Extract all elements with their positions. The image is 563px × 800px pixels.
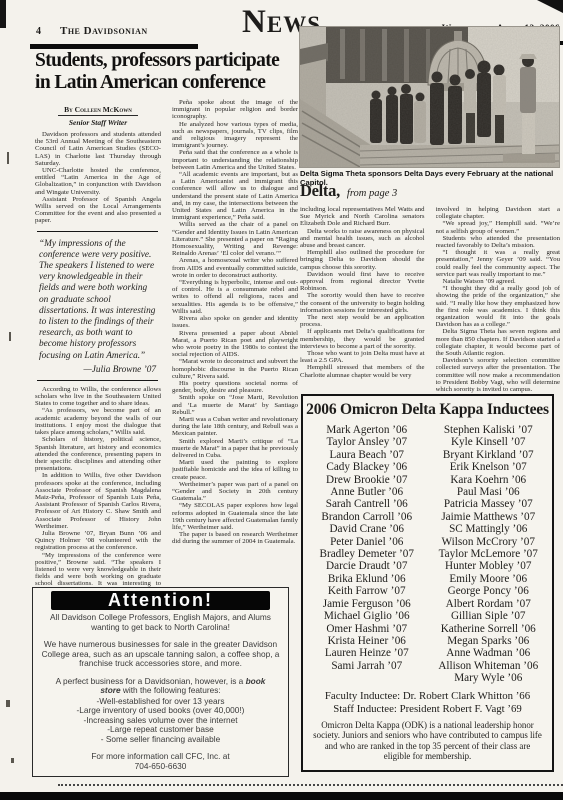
- inductee-name: Bradley Demeter ’07: [306, 548, 428, 560]
- paragraph: Peña said that the conference as a whole…: [172, 149, 298, 171]
- ad-contact: For more information call CFC, Inc. at 7…: [33, 752, 288, 771]
- capitol-photo-graphic: [300, 27, 559, 167]
- ad-feature-list: -Well-established for over 13 years-Larg…: [33, 697, 288, 745]
- paragraph: Scholars of history, political science, …: [35, 436, 161, 472]
- pull-quote-attribution: —Julia Browne ’07: [39, 365, 156, 375]
- paragraph: Natalie Watson ’09 agreed.: [436, 278, 561, 285]
- inductee-name: George Poncy ’06: [428, 585, 550, 597]
- ad-banner: Attention!: [51, 591, 270, 610]
- inductee-name: Emily Moore ’06: [428, 573, 550, 585]
- paragraph: “I thought it was a really great present…: [436, 249, 561, 278]
- paragraph: Delta Sigma Theta has seven regions and …: [436, 328, 561, 357]
- inductee-name: Taylor McLemore ’07: [428, 548, 550, 560]
- paragraph: Marti used the painting to explore justi…: [172, 459, 298, 481]
- scan-artifact: [0, 0, 6, 28]
- paragraph: The paper is based on research Wertheime…: [172, 531, 298, 545]
- inductee-name: Jaimie Matthews ’07: [428, 511, 550, 523]
- article-column-2: Peña spoke about the image of the immigr…: [172, 99, 298, 604]
- paragraph: Marti was a Cuban writer and revolutiona…: [172, 416, 298, 438]
- odk-names-right: Stephen Kaliski ’07Kyle Kinsell ’07Bryan…: [428, 424, 550, 685]
- paragraph: involved in helping Davidson start a col…: [436, 206, 561, 220]
- inductee-name: Krista Heiner ’06: [306, 635, 428, 647]
- ad-bookstore-suffix: with the following features:: [121, 685, 221, 695]
- inductee-name: Anne Wadman ’06: [428, 647, 550, 659]
- inductee-name: Patricia Massey ’07: [428, 498, 550, 510]
- delta-column-1: including local representatives Mel Watt…: [300, 206, 425, 403]
- paragraph: Davidson would first have to receive app…: [300, 271, 425, 293]
- inductee-name: Taylor Ansley ’07: [306, 436, 428, 448]
- paragraph: “As professors, we become part of an aca…: [35, 407, 161, 436]
- paragraph: The sorority would then have to receive …: [300, 292, 425, 314]
- paragraph: Assistant Professor of Spanish Angela Wi…: [35, 196, 161, 225]
- inductee-name: Lauren Heinze ’07: [306, 647, 428, 659]
- delta-heading-word: Delta,: [300, 181, 340, 200]
- inductee-name: Peter Daniel ’06: [306, 536, 428, 548]
- inductee-name: Sarah Cantrell ’06: [306, 498, 428, 510]
- inductee-name: Albert Rordam ’07: [428, 598, 550, 610]
- scan-artifact: [6, 700, 10, 707]
- odk-faculty-inductee: Faculty Inductee: Dr. Robert Clark Whitt…: [306, 690, 549, 703]
- inductee-name: Hunter Mobley ’07: [428, 560, 550, 572]
- paragraph: Rivera presented a paper about Abniel Ma…: [172, 330, 298, 359]
- paragraph: “Marat wrote to deconstruct and subvert …: [172, 358, 298, 380]
- inductee-name: Mary Wyle ’06: [428, 672, 550, 684]
- paragraph: He analyzed how various types of media, …: [172, 121, 298, 150]
- article-latin-american-conference: Students, professors participate in Lati…: [35, 50, 298, 604]
- paragraph: “I thought they did a really good job of…: [436, 285, 561, 328]
- inductee-name: Sami Jarrah ’07: [306, 660, 428, 672]
- paragraph: If applicants met Delta’s qualifications…: [300, 328, 425, 350]
- inductee-name: Kyle Kinsell ’07: [428, 436, 550, 448]
- paragraph: UNC-Charlotte hosted the conference, ent…: [35, 167, 161, 196]
- ad-bookstore-prefix: A perfect business for a Davidsonian, ho…: [56, 676, 246, 686]
- paragraph: Wertheimer’s paper was part of a panel o…: [172, 481, 298, 503]
- paragraph: Willis served as the chair of a panel on…: [172, 221, 298, 257]
- inductee-name: Megan Sparks ’06: [428, 635, 550, 647]
- column-1-intro: Davidson professors and students attende…: [35, 131, 161, 225]
- paragraph: “We spread joy,” Hemphill said. “We’re n…: [436, 220, 561, 234]
- inductee-name: Erik Knelson ’07: [428, 461, 550, 473]
- ad-intro: All Davidson College Professors, English…: [43, 613, 278, 632]
- ad-paragraph-bookstore: A perfect business for a Davidsonian, ho…: [47, 677, 274, 696]
- delta-column-2: involved in helping Davidson start a col…: [436, 206, 561, 403]
- scan-artifact: [7, 152, 9, 164]
- inductee-name: Anne Butler ’06: [306, 486, 428, 498]
- bottom-rule: [0, 792, 563, 800]
- scan-artifact: [11, 758, 14, 763]
- paragraph: Peña spoke about the image of the immigr…: [172, 99, 298, 121]
- inductee-name: Wilson McCrory ’07: [428, 536, 550, 548]
- inductee-name: Gillian Siple ’07: [428, 610, 550, 622]
- inductee-name: Stephen Kaliski ’07: [428, 424, 550, 436]
- paragraph: According to Willis, the conference allo…: [35, 386, 161, 408]
- inductee-name: Laura Beach ’07: [306, 449, 428, 461]
- header-rule-left: [30, 44, 198, 49]
- dotted-divider: [58, 784, 563, 786]
- inductee-name: Paul Masi ’06: [428, 486, 550, 498]
- paragraph: Arenas, a homosexual writer who suffered…: [172, 257, 298, 279]
- inductee-name: Michael Giglio ’06: [306, 610, 428, 622]
- article-delta: Delta, from page 3 including local repre…: [300, 181, 560, 403]
- byline: By Colleen McKown Senior Staff Writer: [35, 99, 161, 127]
- bookstore-ad: Attention! All Davidson College Professo…: [32, 587, 289, 777]
- paragraph: “Everything is hyperbolic, intense and o…: [172, 279, 298, 315]
- inductee-name: Brika Eklund ’06: [306, 573, 428, 585]
- paragraph: His poetry questions societal norms of g…: [172, 380, 298, 394]
- paragraph: Hemphill also outlined the procedure for…: [300, 249, 425, 271]
- pull-quote: “My impressions of the conference were v…: [37, 231, 158, 381]
- byline-author: By Colleen McKown: [58, 105, 138, 116]
- ad-paragraph-businesses: We have numerous businesses for sale in …: [41, 640, 280, 669]
- paragraph: Delta works to raise awareness on physic…: [300, 228, 425, 250]
- odk-inductees-box: 2006 Omicron Delta Kappa Inductees Mark …: [301, 394, 554, 772]
- delta-heading-jumpline: from page 3: [347, 188, 397, 199]
- pull-quote-text: “My impressions of the conference were v…: [39, 239, 156, 362]
- paragraph: Rivera also spoke on gender and identity…: [172, 315, 298, 329]
- paragraph: The next step would be an application pr…: [300, 314, 425, 328]
- paragraph: Davidson’s sorority selection committee …: [436, 357, 561, 393]
- inductee-name: Kara Koehrn ’06: [428, 474, 550, 486]
- inductee-name: Omer Hashmi ’07: [306, 623, 428, 635]
- scan-artifact: [9, 332, 11, 341]
- odk-name-columns: Mark Agerton ’06Taylor Ansley ’07Laura B…: [306, 424, 549, 685]
- inductee-name: Katherine Sorrell ’06: [428, 623, 550, 635]
- odk-staff-inductee: Staff Inductee: President Robert F. Vagt…: [306, 703, 549, 716]
- odk-title: 2006 Omicron Delta Kappa Inductees: [306, 401, 549, 419]
- byline-title: Senior Staff Writer: [35, 118, 161, 127]
- odk-description: Omicron Delta Kappa (ODK) is a national …: [306, 720, 549, 762]
- inductee-name: Brandon Carroll ’06: [306, 511, 428, 523]
- paragraph: Smith spoke on “Jose Marti, Revolution a…: [172, 394, 298, 416]
- inductee-name: Allison Whiteman ’06: [428, 660, 550, 672]
- column-1-rest: According to Willis, the conference allo…: [35, 386, 161, 604]
- paragraph: Those who want to join Delta must have a…: [300, 350, 425, 364]
- inductee-name: Drew Brookie ’07: [306, 474, 428, 486]
- inductee-name: Mark Agerton ’06: [306, 424, 428, 436]
- inductee-name: SC Mattingly ’06: [428, 523, 550, 535]
- delta-heading: Delta, from page 3: [300, 181, 560, 201]
- inductee-name: Keith Farrow ’07: [306, 585, 428, 597]
- paragraph: Julia Browne ’07, Bryan Bunn ’06 and Qui…: [35, 530, 161, 552]
- inductee-name: David Crane ’06: [306, 523, 428, 535]
- paragraph: “My SECOLAS paper explores how legal ref…: [172, 502, 298, 531]
- paragraph: In addition to Willis, five other Davids…: [35, 472, 161, 530]
- inductee-name: Jamie Ferguson ’06: [306, 598, 428, 610]
- paragraph: Students who attended the presentation r…: [436, 235, 561, 249]
- paragraph: Smith explored Marti’s critique of “La m…: [172, 438, 298, 460]
- ad-phone-number: 704-650-6630: [33, 762, 288, 772]
- inductee-name: Cady Blackey ’06: [306, 461, 428, 473]
- paragraph: Davidson professors and students attende…: [35, 131, 161, 167]
- ad-feature: - Some seller financing available: [33, 735, 288, 745]
- article-column-1: By Colleen McKown Senior Staff Writer Da…: [35, 99, 161, 604]
- paragraph: “All academic events are important, but …: [172, 171, 298, 221]
- inductee-name: Darcie Draudt ’07: [306, 560, 428, 572]
- paragraph: including local representatives Mel Watt…: [300, 206, 425, 228]
- article-headline: Students, professors participate in Lati…: [35, 50, 298, 94]
- headline-line-1: Students, professors participate: [35, 50, 298, 72]
- inductee-name: Bryant Kirkland ’07: [428, 449, 550, 461]
- capitol-photo: [300, 27, 559, 167]
- headline-line-2: in Latin American conference: [35, 72, 298, 94]
- paragraph: Hemphill stressed that members of the Ch…: [300, 364, 425, 378]
- odk-names-left: Mark Agerton ’06Taylor Ansley ’07Laura B…: [306, 424, 428, 685]
